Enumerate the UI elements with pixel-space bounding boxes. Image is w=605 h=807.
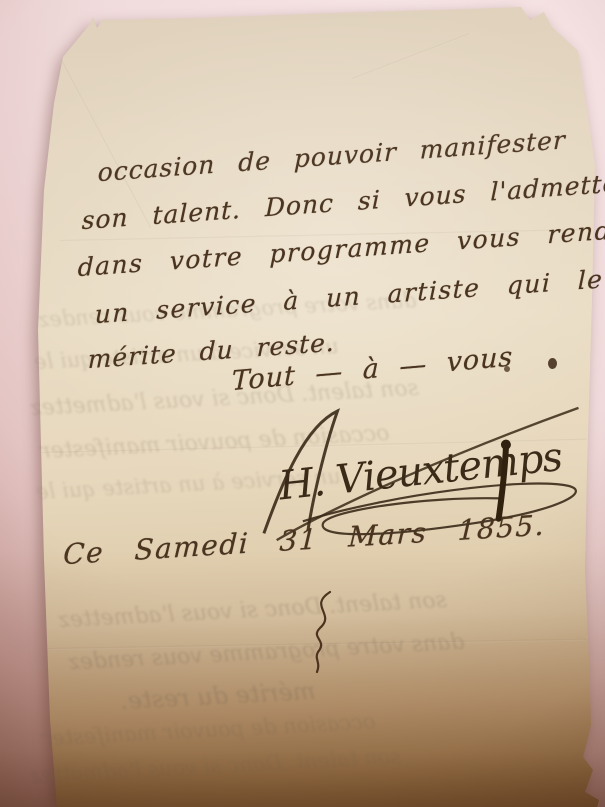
ink-spot: [548, 358, 557, 369]
signature-text: H. Vieuxtemps: [276, 434, 565, 510]
paraph-flourish: [290, 588, 350, 678]
ink-spot: [504, 366, 510, 372]
letter-photograph: dans votre programme vous rendez un serv…: [0, 0, 605, 807]
